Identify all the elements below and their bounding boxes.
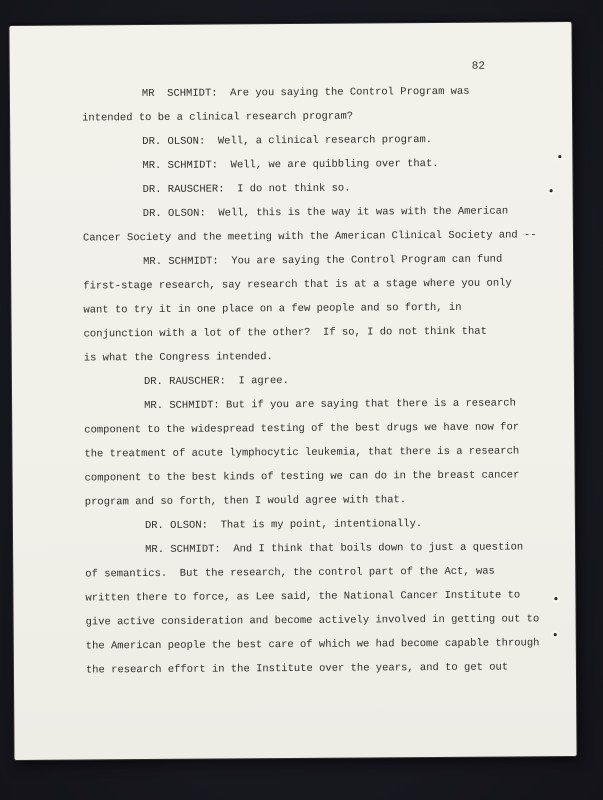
transcript-line: the research effort in the Institute ove… (86, 655, 558, 682)
transcript-line: written there to force, as Lee said, the… (85, 583, 557, 610)
transcript-line: of semantics. But the research, the cont… (85, 559, 557, 586)
transcript-line: MR SCHMIDT: Are you saying the Control P… (82, 79, 554, 106)
ink-speck (550, 189, 553, 192)
page-number: 82 (472, 61, 485, 73)
transcript-line: MR. SCHMIDT: But if you are saying that … (84, 391, 556, 418)
transcript-line: is what the Congress intended. (84, 343, 556, 370)
transcript-line: DR. OLSON: Well, this is the way it was … (83, 199, 555, 226)
transcript-line: give active consideration and become act… (86, 607, 558, 634)
transcript-line: DR. RAUSCHER: I agree. (84, 367, 556, 394)
ink-speck (558, 155, 561, 158)
transcript-line: first-stage research, say research that … (83, 271, 555, 298)
transcript-line: want to try it in one place on a few peo… (83, 295, 555, 322)
document-page: 82 MR SCHMIDT: Are you saying the Contro… (9, 22, 576, 760)
ink-speck (554, 633, 557, 636)
transcript-line: Cancer Society and the meeting with the … (83, 223, 555, 250)
transcript-line: MR. SCHMIDT: And I think that boils down… (85, 535, 557, 562)
transcript-line: the treatment of acute lymphocytic leuke… (84, 439, 556, 466)
transcript-body: MR SCHMIDT: Are you saying the Control P… (82, 79, 558, 682)
transcript-line: the American people the best care of whi… (86, 631, 558, 658)
scan-background: 82 MR SCHMIDT: Are you saying the Contro… (0, 0, 603, 800)
ink-speck (554, 597, 557, 600)
transcript-line: component to the best kinds of testing w… (85, 463, 557, 490)
transcript-line: conjunction with a lot of the other? If … (84, 319, 556, 346)
transcript-line: component to the widespread testing of t… (84, 415, 556, 442)
transcript-line: intended to be a clinical research progr… (82, 103, 554, 130)
transcript-line: program and so forth, then I would agree… (85, 487, 557, 514)
transcript-line: DR. OLSON: That is my point, intentional… (85, 511, 557, 538)
transcript-line: DR. RAUSCHER: I do not think so. (83, 175, 555, 202)
transcript-line: MR. SCHMIDT: You are saying the Control … (83, 247, 555, 274)
transcript-line: DR. OLSON: Well, a clinical research pro… (82, 127, 554, 154)
transcript-line: MR. SCHMIDT: Well, we are quibbling over… (82, 151, 554, 178)
